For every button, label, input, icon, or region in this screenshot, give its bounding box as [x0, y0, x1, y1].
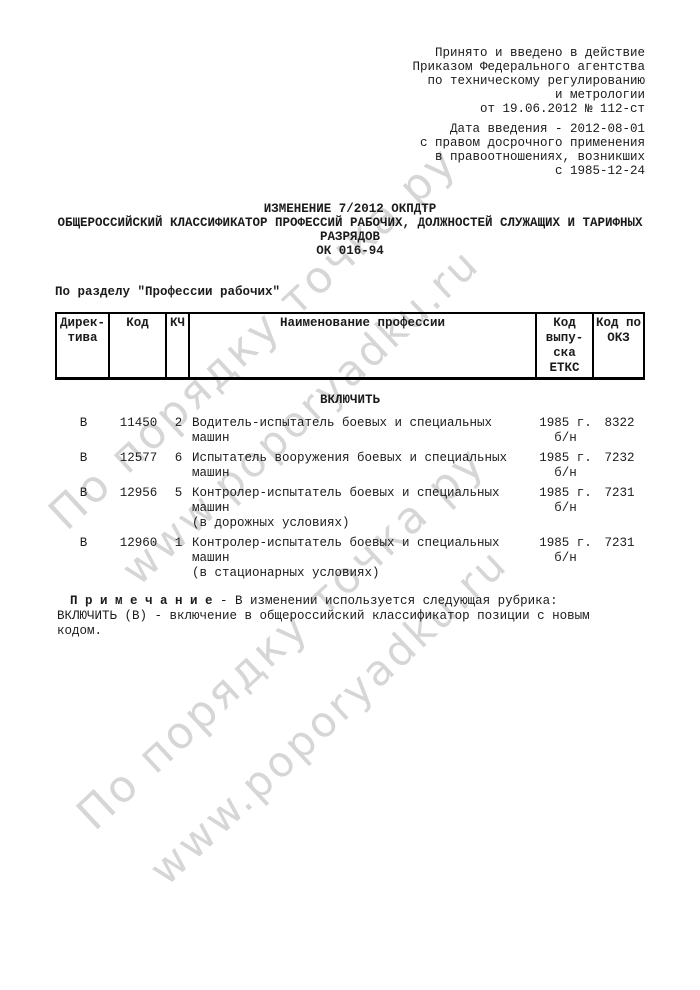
cell-etks-issue: 1985 г. б/н [537, 486, 594, 531]
cell-etks-issue: 1985 г. б/н [537, 451, 594, 481]
cell-directive: В [57, 416, 110, 446]
cell-profession-name: Контролер-испытатель боевых и специальны… [190, 536, 537, 581]
column-header-directive: Дирек- тива [57, 314, 110, 377]
column-header-check-digit: КЧ [167, 314, 190, 377]
table-row: В 12577 6 Испытатель вооружения боевых и… [57, 451, 645, 481]
section-label: По разделу "Профессии рабочих" [55, 285, 280, 299]
cell-directive: В [57, 536, 110, 581]
cell-code: 12956 [110, 486, 167, 531]
cell-etks-issue: 1985 г. б/н [537, 536, 594, 581]
cell-etks-issue: 1985 г. б/н [537, 416, 594, 446]
effective-date-paragraph: Дата введения - 2012-08-01 с правом доср… [412, 122, 645, 178]
note-label-rest: - В изменении используется следующая руб… [213, 594, 558, 608]
document-page: По порядку точка ру www.poporyadku.ru По… [0, 0, 700, 990]
cell-okz: 7231 [594, 536, 645, 581]
column-header-code: Код [110, 314, 167, 377]
cell-check-digit: 6 [167, 451, 190, 481]
cell-okz: 7231 [594, 486, 645, 531]
note-block: П р и м е ч а н и е - В изменении исполь… [57, 594, 590, 639]
cell-code: 12960 [110, 536, 167, 581]
table-header: Дирек- тива Код КЧ Наименование професси… [55, 312, 645, 380]
note-line-3: кодом. [57, 624, 590, 639]
table-row: В 12960 1 Контролер-испытатель боевых и … [57, 536, 645, 581]
document-title: ИЗМЕНЕНИЕ 7/2012 ОКПДТР ОБЩЕРОССИЙСКИЙ К… [0, 202, 700, 258]
cell-code: 11450 [110, 416, 167, 446]
cell-profession-name: Водитель-испытатель боевых и специальных… [190, 416, 537, 446]
table-row: В 11450 2 Водитель-испытатель боевых и с… [57, 416, 645, 446]
cell-directive: В [57, 486, 110, 531]
include-section-heading: ВКЛЮЧИТЬ [55, 393, 645, 407]
column-header-etks-issue-code: Код выпу- ска ЕТКС [537, 314, 594, 377]
cell-code: 12577 [110, 451, 167, 481]
cell-check-digit: 5 [167, 486, 190, 531]
column-header-profession-name: Наименование профессии [190, 314, 537, 377]
cell-profession-name: Испытатель вооружения боевых и специальн… [190, 451, 537, 481]
note-line-1: П р и м е ч а н и е - В изменении исполь… [70, 594, 590, 609]
cell-okz: 7232 [594, 451, 645, 481]
issuance-block: Принято и введено в действие Приказом Фе… [412, 46, 645, 178]
cell-check-digit: 2 [167, 416, 190, 446]
note-label: П р и м е ч а н и е [70, 594, 213, 608]
table-row: В 12956 5 Контролер-испытатель боевых и … [57, 486, 645, 531]
cell-directive: В [57, 451, 110, 481]
note-line-2: ВКЛЮЧИТЬ (В) - включение в общероссийски… [57, 609, 590, 624]
table-body: В 11450 2 Водитель-испытатель боевых и с… [57, 416, 645, 586]
column-header-okz-code: Код по ОКЗ [594, 314, 645, 377]
cell-okz: 8322 [594, 416, 645, 446]
cell-check-digit: 1 [167, 536, 190, 581]
cell-profession-name: Контролер-испытатель боевых и специальны… [190, 486, 537, 531]
adoption-paragraph: Принято и введено в действие Приказом Фе… [412, 46, 645, 116]
